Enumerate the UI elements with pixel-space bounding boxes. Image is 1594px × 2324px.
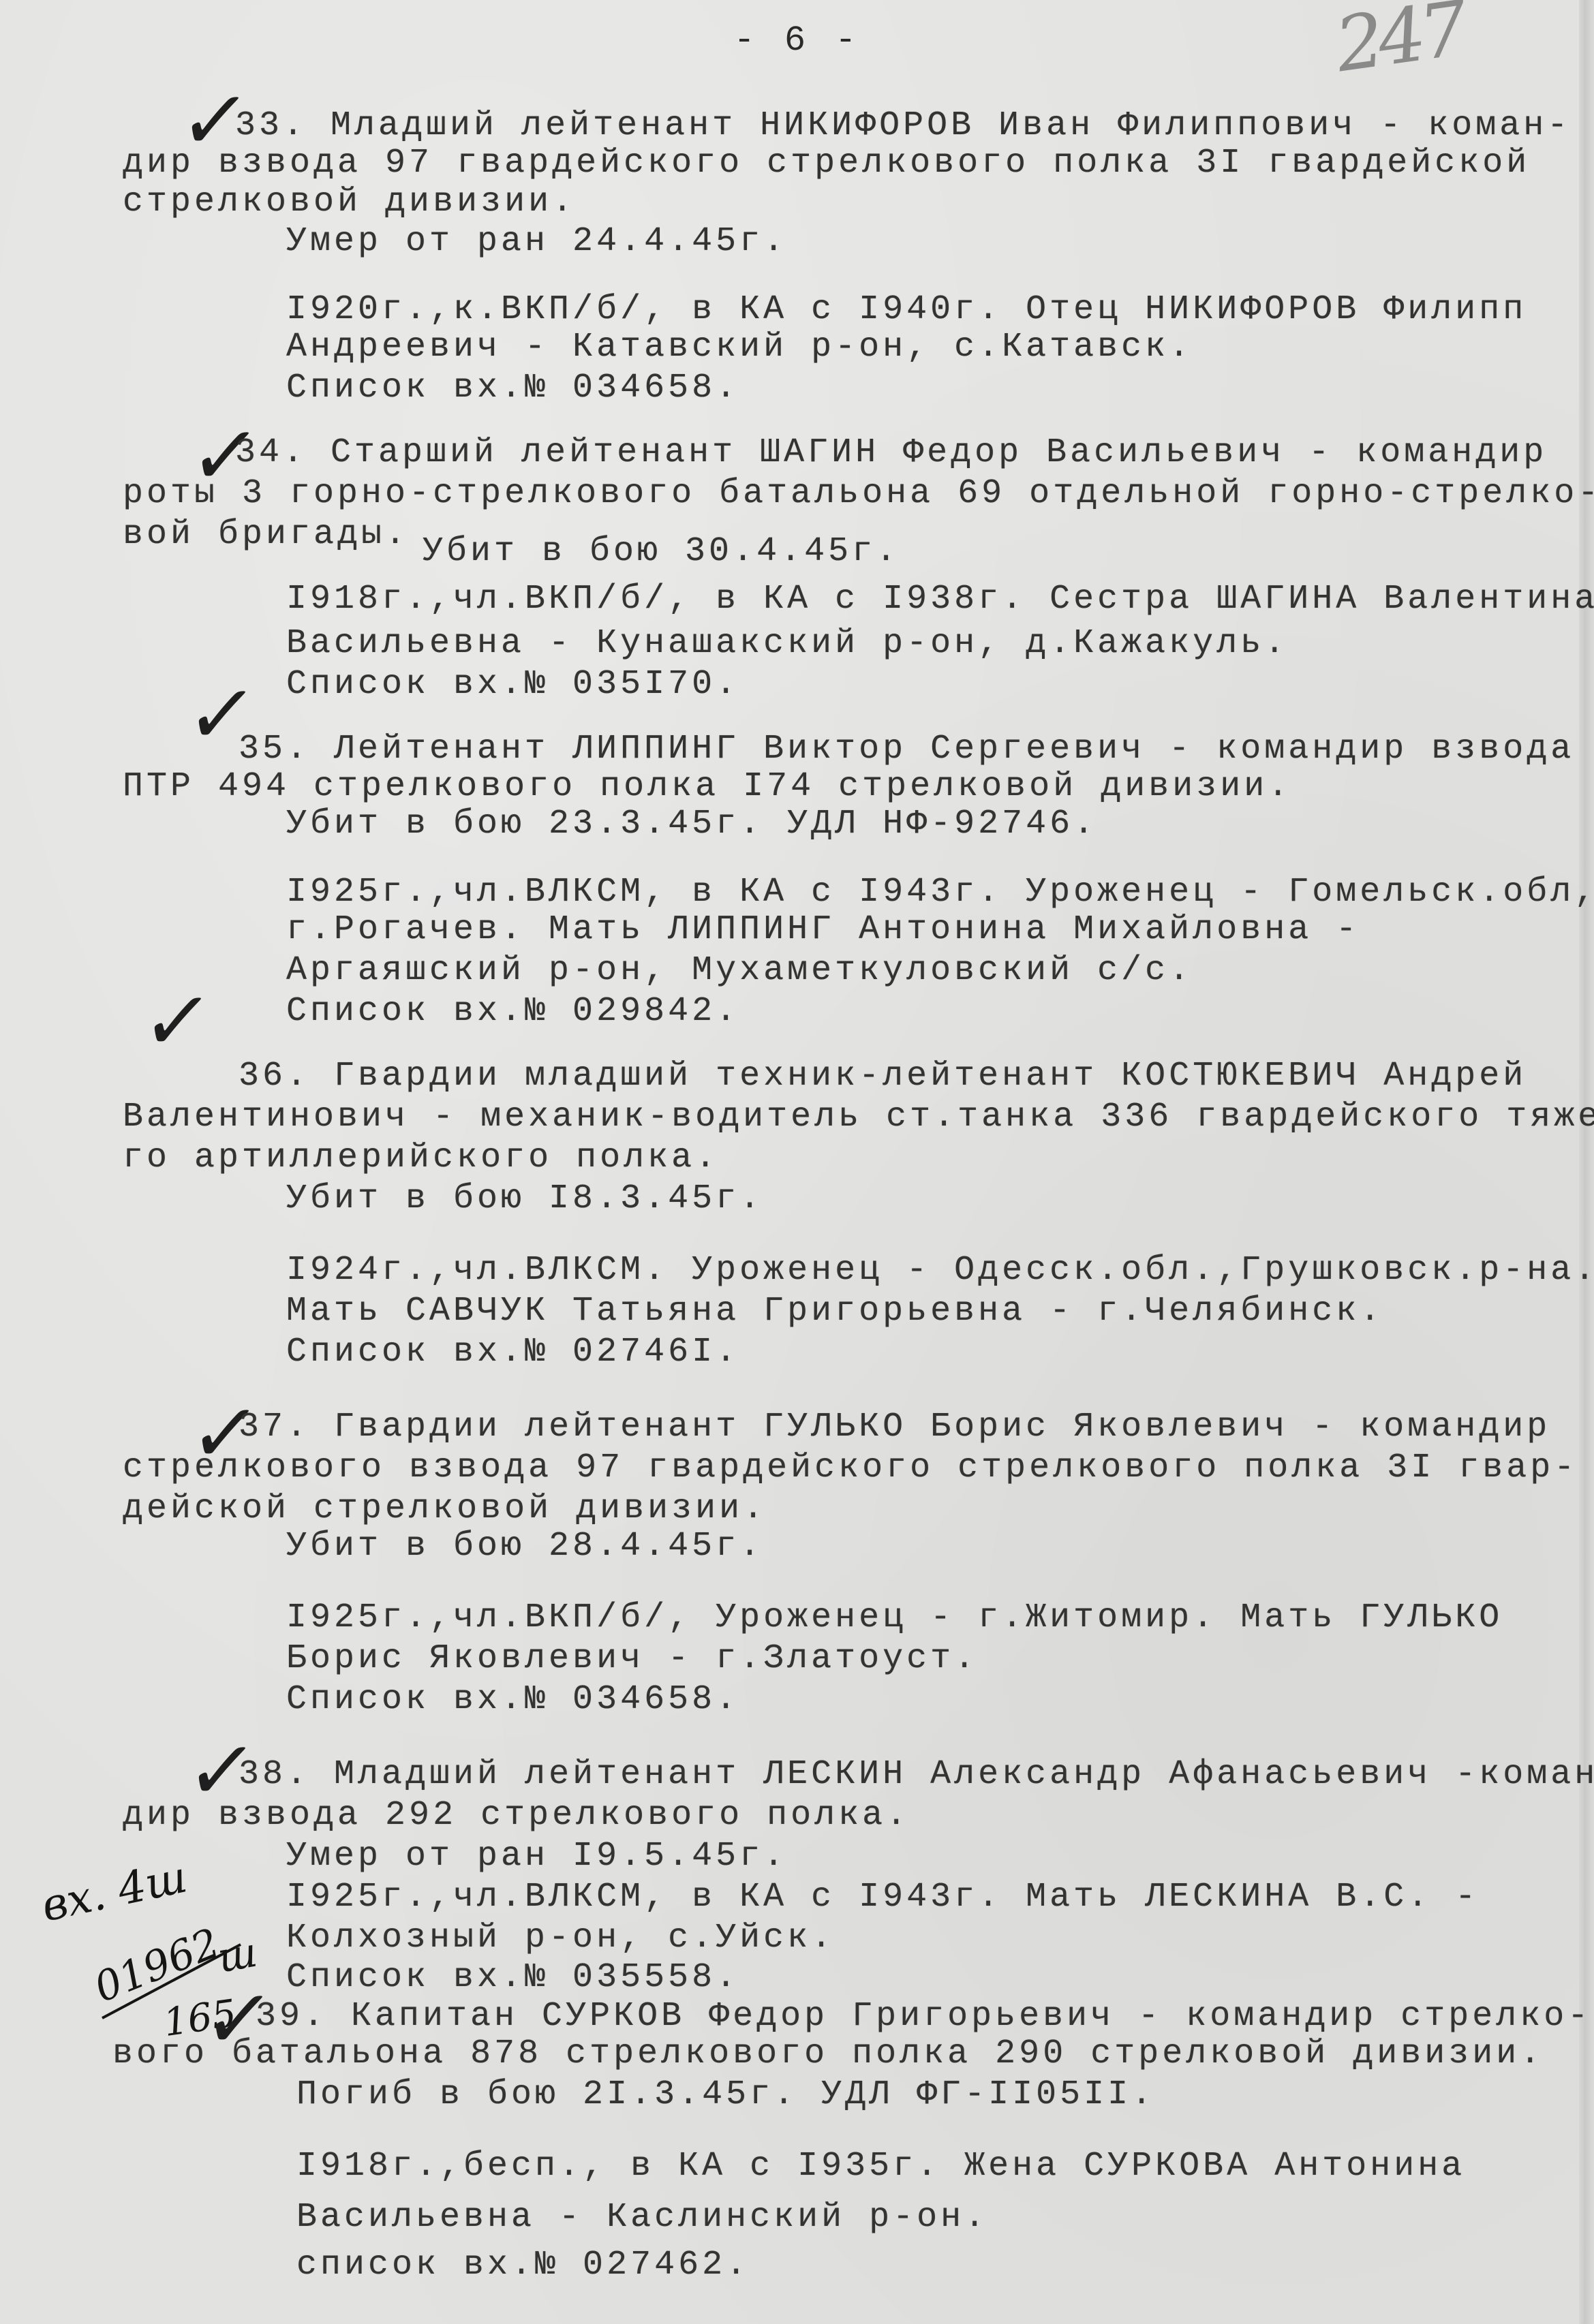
entry-34-line-3: вой бригады. bbox=[123, 518, 409, 552]
entry-35-line-2: ПТР 494 стрелкового полка I74 стрелковой… bbox=[123, 770, 1291, 804]
entry-37-bio-2: Борис Яковлевич - г.Златоуст. bbox=[286, 1642, 978, 1676]
entry-37-line-2: стрелкового взвода 97 гвардейского стрел… bbox=[123, 1451, 1578, 1485]
page-edge bbox=[1579, 0, 1594, 2324]
entry-38-line-2: дир взвода 292 стрелкового полка. bbox=[123, 1799, 910, 1833]
entry-36-bio-1: I924г.,чл.ВЛКСМ. Уроженец - Одесск.обл.,… bbox=[286, 1254, 1594, 1288]
entry-36-line-3: го артиллерийского полка. bbox=[123, 1141, 719, 1175]
entry-33-bio-1: I920г.,к.ВКП/б/, в КА с I940г. Отец НИКИ… bbox=[286, 293, 1527, 327]
entry-38-bio-2: Колхозный р-он, с.Уйск. bbox=[286, 1921, 835, 1955]
entry-38-list: Список вх.№ 035558. bbox=[286, 1961, 739, 1995]
entry-35-bio-2: г.Рогачев. Мать ЛИППИНГ Антонина Михайло… bbox=[286, 913, 1360, 947]
entry-34-death: Убит в бою 30.4.45г. bbox=[423, 535, 900, 569]
entry-37-line-3: дейской стрелковой дивизии. bbox=[123, 1492, 767, 1526]
entry-38-line-1: 38. Младший лейтенант ЛЕСКИН Александр А… bbox=[239, 1758, 1594, 1792]
entry-37-bio-1: I925г.,чл.ВКП/б/, Уроженец - г.Житомир. … bbox=[286, 1601, 1503, 1635]
entry-39-line-2: вого батальона 878 стрелкового полка 290… bbox=[112, 2037, 1544, 2071]
entry-35-death: Убит в бою 23.3.45г. УДЛ НФ-92746. bbox=[286, 807, 1097, 841]
entry-36-bio-2: Мать САВЧУК Татьяна Григорьевна - г.Челя… bbox=[286, 1295, 1383, 1329]
entry-34-line-2: роты 3 горно-стрелкового батальона 69 от… bbox=[123, 477, 1594, 511]
entry-33-line-2: дир взвода 97 гвардейского стрелкового п… bbox=[123, 146, 1530, 181]
check-mark-icon: ✓ bbox=[138, 981, 217, 1063]
entry-39-death: Погиб в бою 2I.3.45г. УДЛ ФГ-II05II. bbox=[296, 2078, 1155, 2112]
entry-36-line-1: 36. Гвардии младший техник-лейтенант КОС… bbox=[239, 1059, 1527, 1094]
entry-38-death: Умер от ран I9.5.45г. bbox=[286, 1840, 787, 1874]
entry-33-bio-2: Андреевич - Катавский р-он, с.Катавск. bbox=[286, 330, 1193, 365]
entry-37-list: Список вх.№ 034658. bbox=[286, 1683, 739, 1717]
entry-34-bio-2: Васильевна - Кунашакский р-он, д.Кажакул… bbox=[286, 627, 1288, 661]
entry-33-list: Список вх.№ 034658. bbox=[286, 371, 739, 405]
entry-33-death: Умер от ран 24.4.45г. bbox=[286, 225, 787, 259]
entry-36-list: Список вх.№ 02746I. bbox=[286, 1335, 739, 1369]
entry-35-line-1: 35. Лейтенант ЛИППИНГ Виктор Сергеевич -… bbox=[239, 732, 1574, 766]
entry-39-line-1: 39. Капитан СУРКОВ Федор Григорьевич - к… bbox=[256, 2000, 1591, 2034]
entry-37-death: Убит в бою 28.4.45г. bbox=[286, 1530, 763, 1564]
entry-34-bio-1: I918г.,чл.ВКП/б/, в КА с I938г. Сестра Ш… bbox=[286, 583, 1594, 617]
entry-39-list: список вх.№ 027462. bbox=[296, 2248, 750, 2282]
entry-39-bio-2: Васильевна - Каслинский р-он. bbox=[296, 2201, 988, 2235]
entry-35-list: Список вх.№ 029842. bbox=[286, 995, 739, 1029]
entry-38-bio-1: I925г.,чл.ВЛКСМ, в КА с I943г. Мать ЛЕСК… bbox=[286, 1880, 1479, 1915]
entry-35-bio-1: I925г.,чл.ВЛКСМ, в КА с I943г. Уроженец … bbox=[286, 876, 1594, 910]
entry-39-bio-1: I918г.,бесп., в КА с I935г. Жена СУРКОВА… bbox=[296, 2150, 1465, 2184]
entry-37-line-1: 37. Гвардии лейтенант ГУЛЬКО Борис Яковл… bbox=[239, 1410, 1550, 1444]
entry-36-death: Убит в бою I8.3.45г. bbox=[286, 1182, 763, 1216]
entry-33-line-1: 33. Младший лейтенант НИКИФОРОВ Иван Фил… bbox=[235, 109, 1571, 143]
entry-33-line-3: стрелковой дивизии. bbox=[123, 185, 576, 219]
entry-35-bio-3: Аргаяшский р-он, Мухаметкуловский с/с. bbox=[286, 954, 1193, 988]
entry-36-line-2: Валентинович - механик-водитель ст.танка… bbox=[123, 1100, 1594, 1134]
entry-34-list: Список вх.№ 035I70. bbox=[286, 668, 739, 702]
entry-34-line-1: 34. Старший лейтенант ШАГИН Федор Василь… bbox=[235, 436, 1547, 470]
